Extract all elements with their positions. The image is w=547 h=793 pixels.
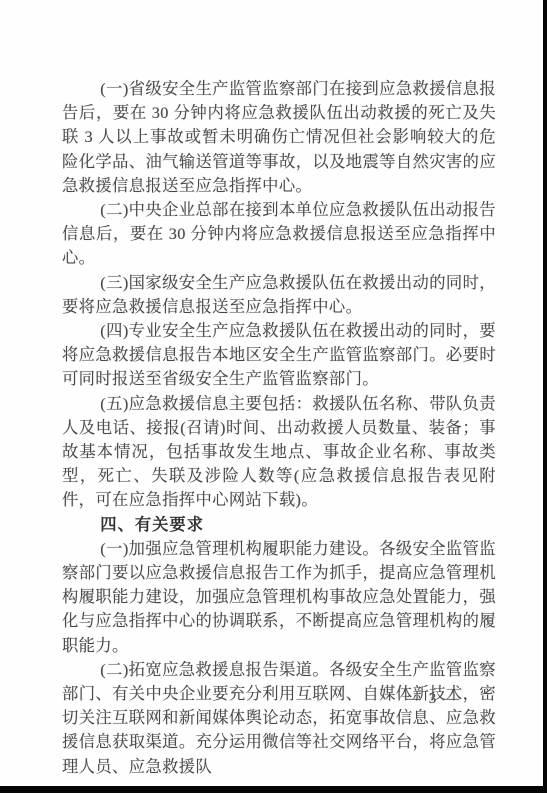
section-heading: 四、有关要求 — [62, 513, 496, 537]
paragraph-3: (三)国家级安全生产应急救援队伍在救援出动的同时，要将应急救援信息报送至应急指挥… — [62, 271, 496, 319]
paragraph-6: (一)加强应急管理机构履职能力建设。各级安全监管监察部门要以应急救援信息报告工作… — [62, 537, 496, 658]
scan-edge-right — [543, 0, 547, 793]
scanned-document-page: (一)省级安全生产监管监察部门在接到应急救援信息报告后，要在 30 分钟内将应急… — [0, 0, 547, 793]
paragraph-5: (五)应急救援信息主要包括：救援队伍名称、带队负责人及电话、接报(召请)时间、出… — [62, 392, 496, 513]
paragraph-1: (一)省级安全生产监管监察部门在接到应急救援信息报告后，要在 30 分钟内将应急… — [62, 77, 496, 198]
scan-edge-bottom — [0, 786, 547, 793]
paragraph-7: (二)拓宽应急救援息报告渠道。各级安全生产监管监察部门、有关中央企业要充分利用互… — [62, 658, 496, 779]
paragraph-4: (四)专业安全生产应急救援队伍在救援出动的同时，要将应急救援信息报告本地区安全生… — [62, 319, 496, 392]
paragraph-2: (二)中央企业总部在接到本单位应急救援队伍出动报告信息后，要在 30 分钟内将应… — [62, 198, 496, 271]
page-number: — 3 — — [406, 691, 461, 708]
document-body: (一)省级安全生产监管监察部门在接到应急救援信息报告后，要在 30 分钟内将应急… — [62, 77, 496, 779]
